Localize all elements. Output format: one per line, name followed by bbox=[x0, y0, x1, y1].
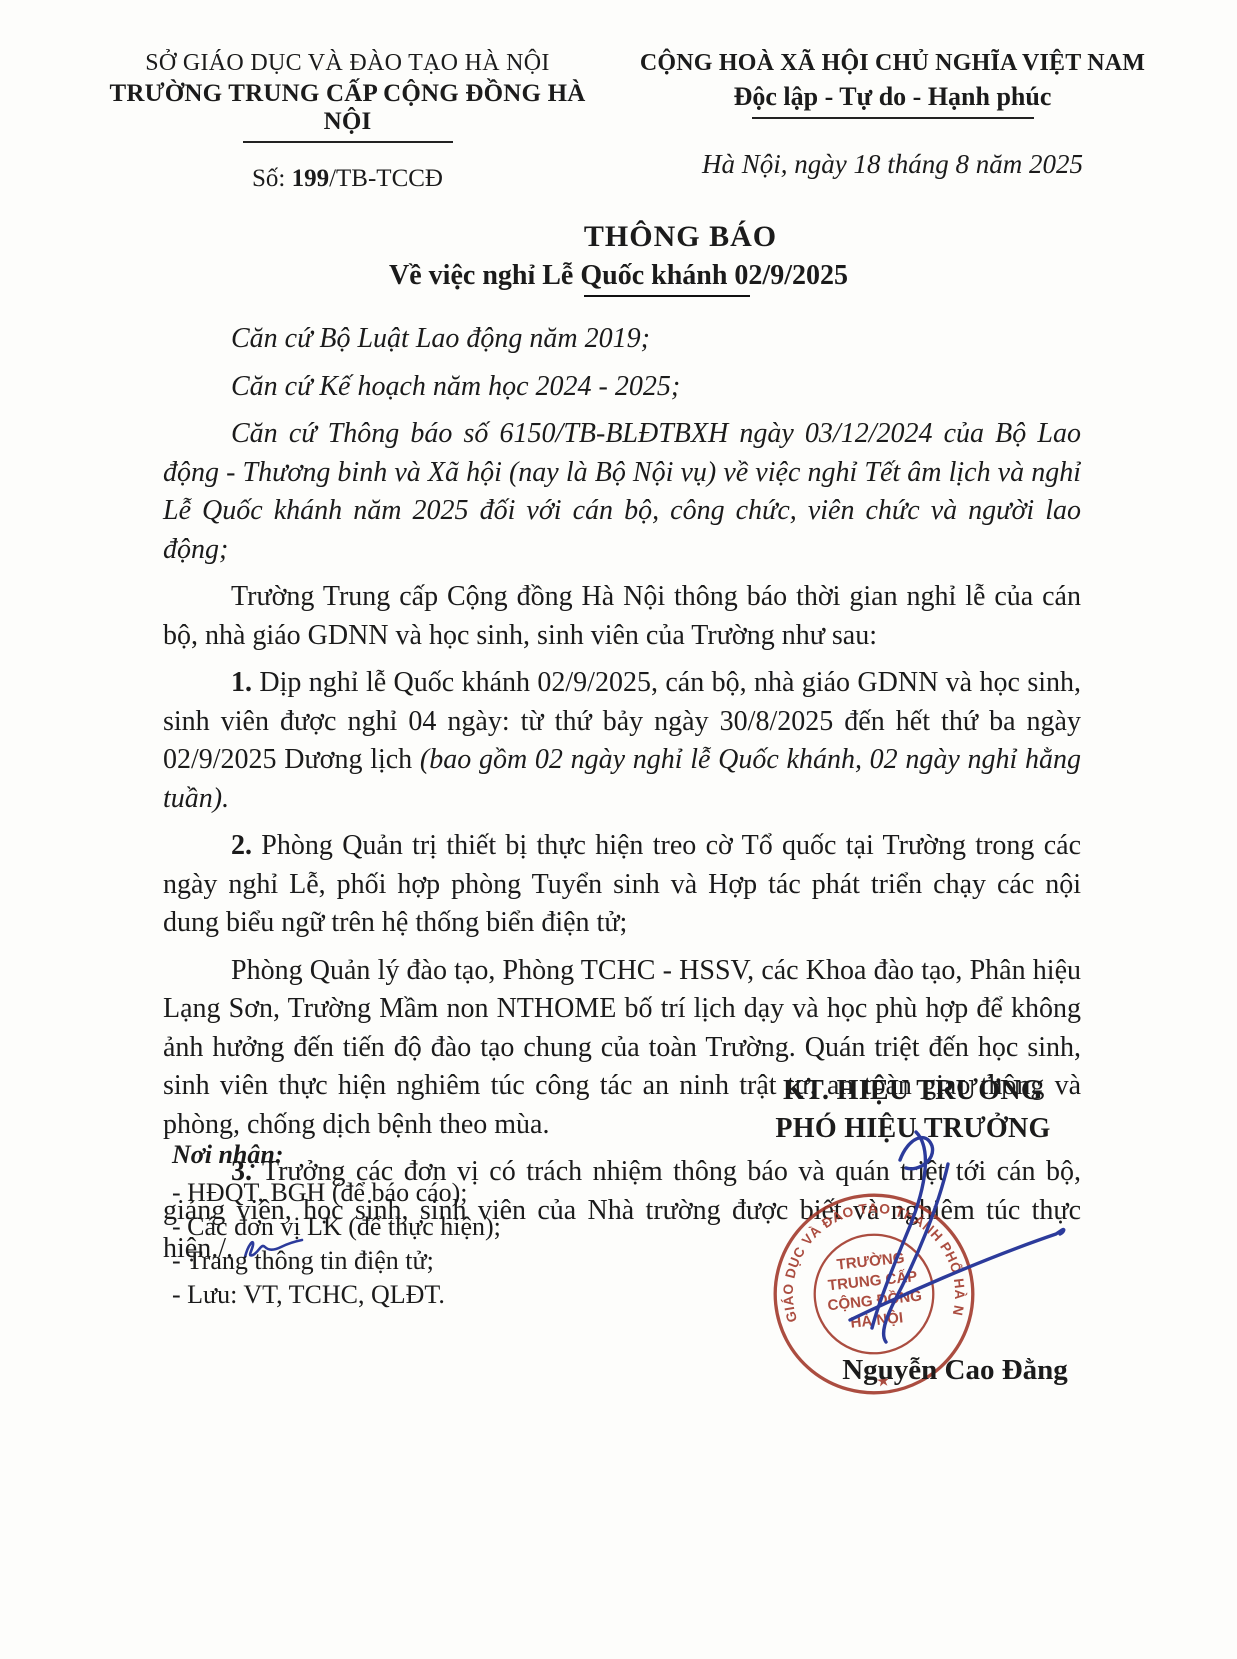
doc-number-label: Số: bbox=[252, 165, 292, 192]
national-title: CỘNG HOÀ XÃ HỘI CHỦ NGHĨA VIỆT NAM bbox=[635, 50, 1150, 77]
recipient-line: - Các đơn vị LK (để thực hiện); bbox=[172, 1210, 501, 1244]
org-parent-name: SỞ GIÁO DỤC VÀ ĐÀO TẠO HÀ NỘI bbox=[90, 50, 605, 77]
item-1: 1. Dịp nghỉ lễ Quốc khánh 02/9/2025, cán… bbox=[163, 664, 1081, 818]
date-line: Hà Nội, ngày 18 tháng 8 năm 2025 bbox=[635, 149, 1150, 180]
signer-name: Nguyễn Cao Đằng bbox=[790, 1354, 1120, 1387]
document-subject: Về việc nghỉ Lễ Quốc khánh 02/9/2025 bbox=[0, 260, 1237, 292]
doc-number-value: 199 bbox=[292, 165, 330, 192]
citation-2: Căn cứ Kế hoạch năm học 2024 - 2025; bbox=[163, 368, 1081, 407]
item-1-number: 1. bbox=[231, 667, 252, 698]
intro-paragraph: Trường Trung cấp Cộng đồng Hà Nội thông … bbox=[163, 578, 1081, 655]
motto-underline bbox=[752, 117, 1034, 119]
doc-number: Số: 199/TB-TCCĐ bbox=[90, 165, 605, 193]
document-page: SỞ GIÁO DỤC VÀ ĐÀO TẠO HÀ NỘI TRƯỜNG TRU… bbox=[0, 0, 1237, 1659]
recipient-line: - Lưu: VT, TCHC, QLĐT. bbox=[172, 1278, 501, 1312]
org-underline bbox=[243, 141, 453, 143]
title-block: THÔNG BÁO Về việc nghỉ Lễ Quốc khánh 02/… bbox=[0, 220, 1237, 297]
recipient-line: - HĐQT, BGH (để báo cáo); bbox=[172, 1176, 501, 1210]
national-motto: Độc lập - Tự do - Hạnh phúc bbox=[635, 82, 1150, 112]
citation-1: Căn cứ Bộ Luật Lao động năm 2019; bbox=[163, 320, 1081, 359]
item-2: 2. Phòng Quản trị thiết bị thực hiện tre… bbox=[163, 827, 1081, 943]
signature-ink-icon bbox=[820, 1108, 1090, 1353]
subject-underline bbox=[584, 295, 750, 297]
issuing-org-block: SỞ GIÁO DỤC VÀ ĐÀO TẠO HÀ NỘI TRƯỜNG TRU… bbox=[90, 50, 605, 193]
citation-3: Căn cứ Thông báo số 6150/TB-BLĐTBXH ngày… bbox=[163, 415, 1081, 569]
national-motto-block: CỘNG HOÀ XÃ HỘI CHỦ NGHĨA VIỆT NAM Độc l… bbox=[635, 50, 1150, 180]
document-title: THÔNG BÁO bbox=[62, 220, 1237, 254]
item-2-number: 2. bbox=[231, 830, 252, 861]
item-2-text: Phòng Quản trị thiết bị thực hiện treo c… bbox=[163, 830, 1081, 938]
signer-title-1: KT. HIỆU TRƯỞNG bbox=[733, 1072, 1093, 1110]
org-name: TRƯỜNG TRUNG CẤP CỘNG ĐỒNG HÀ NỘI bbox=[90, 80, 605, 136]
recipients-title: Nơi nhận: bbox=[172, 1138, 501, 1172]
recipient-line: - Trang thông tin điện tử; bbox=[172, 1244, 501, 1278]
doc-number-suffix: /TB-TCCĐ bbox=[329, 165, 443, 192]
recipients-block: Nơi nhận: - HĐQT, BGH (để báo cáo); - Cá… bbox=[172, 1138, 501, 1312]
